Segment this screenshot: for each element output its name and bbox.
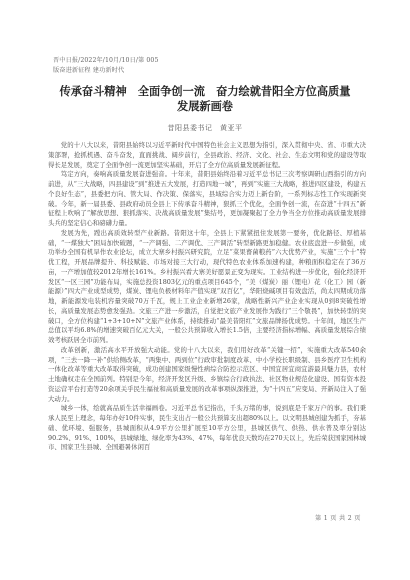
paragraph-urban-rural: 城乡一体，绘就高品质生活幸福画卷。习近平总书记指出，千头万绪的事，说到底是千家万… bbox=[48, 404, 366, 453]
paragraph-development: 发展为先，蹚出高质效转型产业新路。昔阳这十年，全县上下紧紧扭住发展第一要务，优化… bbox=[48, 229, 366, 346]
title-line-2: 发展新画卷 bbox=[40, 99, 370, 114]
article-body: 党的十八大以来，昔阳县始终以习近平新时代中国特色社会主义思想为指引，深入贯彻中央… bbox=[48, 141, 366, 453]
article-title: 传承奋斗精神 全面争创一流 奋力绘就昔阳全方位高质量 发展新画卷 bbox=[40, 84, 370, 114]
paragraph-direction: 笃定方向，奏响高质量发展奋进强音。十年来，昔阳县始终沿着习近平总书记三次考察调研… bbox=[48, 170, 366, 229]
document-page: 晋中日报/2022年/10月/10日/第 005 版奋进新征程 建功新时代 传承… bbox=[0, 0, 410, 580]
article-byline: 昔阳县委书记 黄亚平 bbox=[40, 123, 370, 133]
section-line: 版奋进新征程 建功新时代 bbox=[53, 66, 159, 76]
paragraph-intro: 党的十八大以来，昔阳县始终以习近平新时代中国特色社会主义思想为指引，深入贯彻中央… bbox=[48, 141, 366, 170]
paragraph-reform: 改革创新，激活高水平开放强大动能。党的十八大以来，我们用好改革“关键一招”，实施… bbox=[48, 346, 366, 405]
source-line: 晋中日报/2022年/10月/10日/第 005 bbox=[53, 56, 159, 66]
page-indicator: 第 1 页 共 2 页 bbox=[315, 513, 361, 522]
article-meta: 晋中日报/2022年/10月/10日/第 005 版奋进新征程 建功新时代 bbox=[53, 56, 159, 76]
title-line-1: 传承奋斗精神 全面争创一流 奋力绘就昔阳全方位高质量 bbox=[40, 84, 370, 99]
